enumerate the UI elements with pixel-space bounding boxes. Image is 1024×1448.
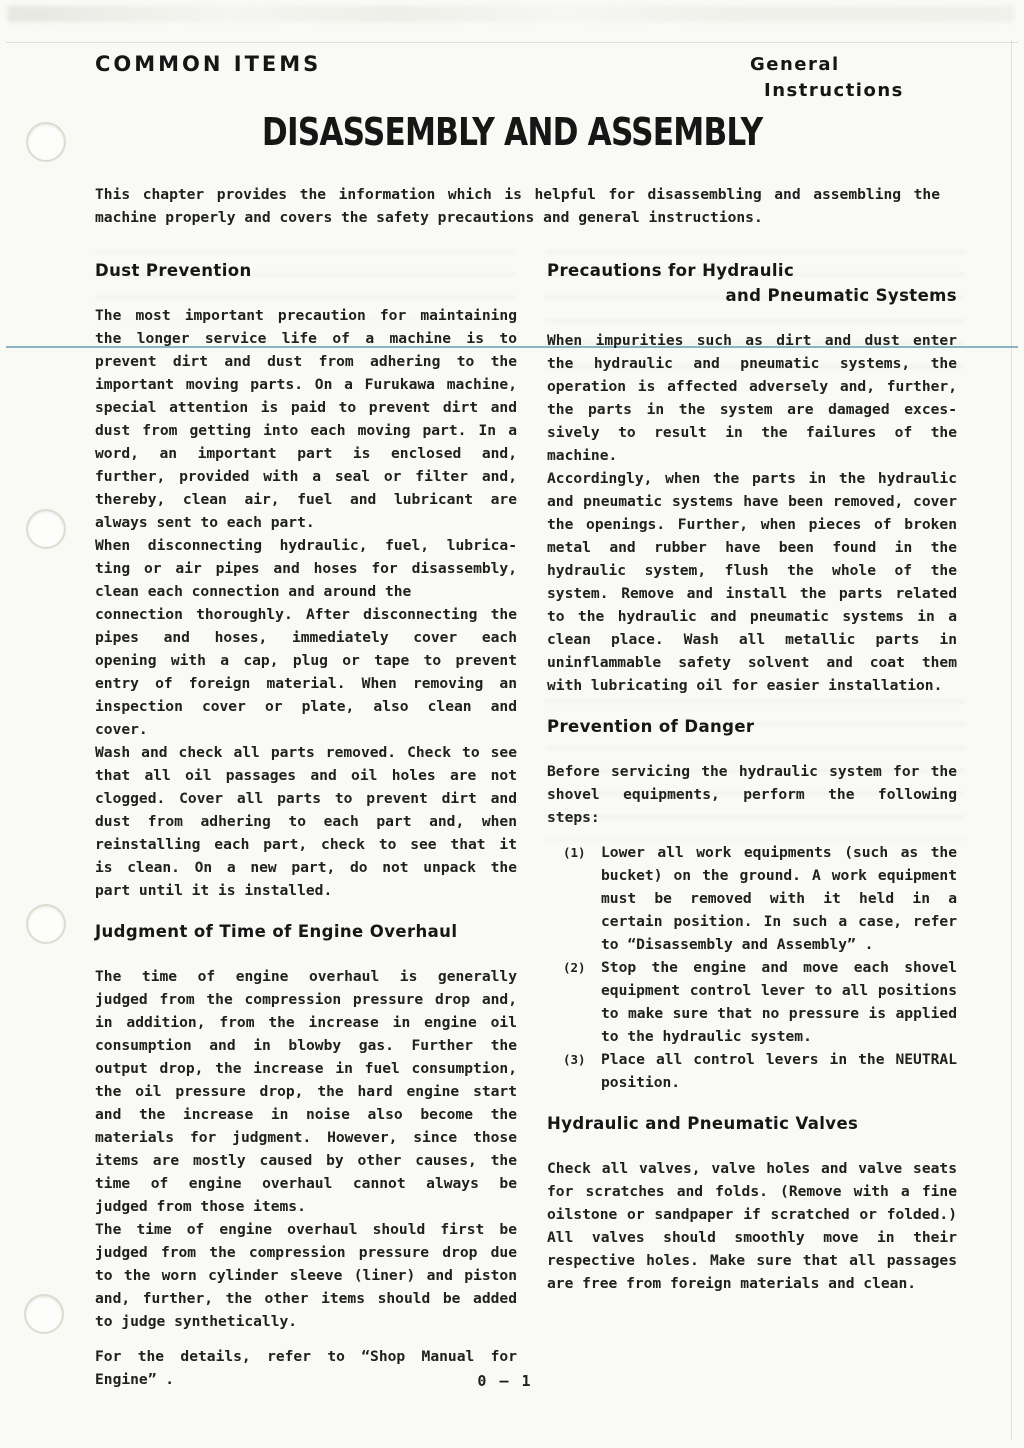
body-line: thereby, clean air, fuel and lubricant a… (95, 488, 517, 511)
body-line: oilstone or sandpaper if scratched or fo… (547, 1203, 957, 1226)
punch-hole (26, 904, 66, 944)
body-line: Wash and check all parts removed. Check … (95, 741, 517, 764)
list-item-text: Lower all work equipments (such as thebu… (601, 841, 957, 956)
body-line: For the details, refer to “Shop Manual f… (95, 1345, 517, 1368)
intro-line: machine properly and covers the safety p… (95, 206, 940, 229)
section-heading: Hydraulic and Pneumatic Valves (547, 1111, 957, 1136)
body-line: When impurities such as dirt and dust en… (547, 329, 957, 352)
section-label-line1: General (750, 52, 904, 78)
body-line: inspection cover or plate, also clean an… (95, 695, 517, 718)
body-line: clean each connection and around the (95, 580, 517, 603)
body-line: pipes and hoses, immediately cover each (95, 626, 517, 649)
section-heading: Dust Prevention (95, 258, 517, 283)
body-line: sively to result in the failures of the (547, 421, 957, 444)
body-line: the hydraulic and pneumatic systems, the (547, 352, 957, 375)
list-item: (1)Lower all work equipments (such as th… (547, 841, 957, 956)
body-line: the oil pressure drop, the hard engine s… (95, 1080, 517, 1103)
section-heading-line: Dust Prevention (95, 258, 517, 283)
body-line: to the worn cylinder sleeve (liner) and … (95, 1264, 517, 1287)
body-line: special attention is paid to prevent dir… (95, 396, 517, 419)
body-line: cover. (95, 718, 517, 741)
body-line: The most important precaution for mainta… (95, 304, 517, 327)
scan-top-line (6, 42, 1018, 43)
body-line: prevent dirt and dust from adhering to t… (95, 350, 517, 373)
body-paragraph: When impurities such as dirt and dust en… (547, 329, 957, 697)
body-line: the longer service life of a machine is … (95, 327, 517, 350)
body-line: in addition, from the increase in engine… (95, 1011, 517, 1034)
section-heading-line: and Pneumatic Systems (547, 283, 957, 308)
list-line: certain position. In such a case, refer (601, 910, 957, 933)
list-marker: (2) (563, 956, 601, 1048)
list-line: Place all control levers in the NEUTRAL (601, 1048, 957, 1071)
body-paragraph: Before servicing the hydraulic system fo… (547, 760, 957, 829)
body-line: opening with a cap, plug or tape to prev… (95, 649, 517, 672)
list-line: equipment control lever to all positions (601, 979, 957, 1002)
body-line: the parts in the system are damaged exce… (547, 398, 957, 421)
scan-edge-line (1011, 40, 1012, 1440)
list-item-text: Place all control levers in the NEUTRALp… (601, 1048, 957, 1094)
section-heading: Judgment of Time of Engine Overhaul (95, 919, 517, 944)
body-line: operation is affected adversely and, fur… (547, 375, 957, 398)
section-heading: Prevention of Danger (547, 714, 957, 739)
body-line: further, provided with a seal or filter … (95, 465, 517, 488)
manual-page: COMMON ITEMS General Instructions DISASS… (0, 0, 1024, 1448)
body-line: is clean. On a new part, do not unpack t… (95, 856, 517, 879)
body-paragraph: The time of engine overhaul is generally… (95, 965, 517, 1333)
body-line: and pneumatic systems have been removed,… (547, 490, 957, 513)
body-line: When disconnecting hydraulic, fuel, lubr… (95, 534, 517, 557)
body-line: output drop, the increase in fuel consum… (95, 1057, 517, 1080)
list-marker: (1) (563, 841, 601, 956)
body-line: entry of foreign material. When removing… (95, 672, 517, 695)
list-line: to “Disassembly and Assembly” . (601, 933, 957, 956)
list-item: (2)Stop the engine and move each shovele… (547, 956, 957, 1048)
body-line: word, an important part is enclosed and, (95, 442, 517, 465)
page-title-row: DISASSEMBLY AND ASSEMBLY (0, 110, 1024, 154)
body-line: Accordingly, when the parts in the hydra… (547, 467, 957, 490)
scan-noise-band (8, 6, 1014, 22)
body-paragraph: The most important precaution for mainta… (95, 304, 517, 902)
section-heading-line: Judgment of Time of Engine Overhaul (95, 919, 517, 944)
left-column: Dust PreventionThe most important precau… (95, 258, 517, 1391)
list-line: Stop the engine and move each shovel (601, 956, 957, 979)
body-line: judged from the compression pressure dro… (95, 1241, 517, 1264)
body-line: to the hydraulic and pneumatic systems i… (547, 605, 957, 628)
body-line: and, further, the other items should be … (95, 1287, 517, 1310)
page-title: DISASSEMBLY AND ASSEMBLY (262, 110, 762, 154)
right-column: Precautions for Hydraulicand Pneumatic S… (547, 258, 957, 1295)
punch-hole (26, 509, 66, 549)
body-line: connection thoroughly. After disconnecti… (95, 603, 517, 626)
section-label: General Instructions (750, 52, 904, 104)
body-line: uninflammable safety solvent and coat th… (547, 651, 957, 674)
body-line: dust from getting into each moving part.… (95, 419, 517, 442)
body-line: important moving parts. On a Furukawa ma… (95, 373, 517, 396)
section-heading: Precautions for Hydraulicand Pneumatic S… (547, 258, 957, 308)
list-line: Lower all work equipments (such as the (601, 841, 957, 864)
body-line: hydraulic system, flush the whole of the (547, 559, 957, 582)
intro-line: This chapter provides the information wh… (95, 183, 940, 206)
body-line: judged from the compression pressure dro… (95, 988, 517, 1011)
body-line: clean place. Wash all metallic parts in (547, 628, 957, 651)
body-line: metal and rubber have been found in the (547, 536, 957, 559)
body-line: that all oil passages and oil holes are … (95, 764, 517, 787)
page-number: 0 — 1 (0, 1372, 1010, 1390)
body-line: items are mostly caused by other causes,… (95, 1149, 517, 1172)
body-line: are free from foreign materials and clea… (547, 1272, 957, 1295)
list-line: must be removed with it held in a (601, 887, 957, 910)
list-line: position. (601, 1071, 957, 1094)
body-line: for scratches and folds. (Remove with a … (547, 1180, 957, 1203)
list-line: to the hydraulic system. (601, 1025, 957, 1048)
body-line: judged from those items. (95, 1195, 517, 1218)
body-line: system. Remove and install the parts rel… (547, 582, 957, 605)
body-line: Check all valves, valve holes and valve … (547, 1157, 957, 1180)
body-line: The time of engine overhaul is generally (95, 965, 517, 988)
punch-hole (24, 1294, 64, 1334)
body-line: clogged. Cover all parts to prevent dirt… (95, 787, 517, 810)
chapter-label: COMMON ITEMS (95, 52, 321, 76)
body-line: the openings. Further, when pieces of br… (547, 513, 957, 536)
list-marker: (3) (563, 1048, 601, 1094)
body-line: part until it is installed. (95, 879, 517, 902)
body-line: materials for judgment. However, since t… (95, 1126, 517, 1149)
body-line: dust from adhering to each part and, whe… (95, 810, 517, 833)
body-line: All valves should smoothly move in their (547, 1226, 957, 1249)
body-line: respective holes. Make sure that all pas… (547, 1249, 957, 1272)
list-item: (3)Place all control levers in the NEUTR… (547, 1048, 957, 1094)
section-heading-line: Prevention of Danger (547, 714, 957, 739)
list-line: to make sure that no pressure is applied (601, 1002, 957, 1025)
section-heading-line: Hydraulic and Pneumatic Valves (547, 1111, 957, 1136)
body-line: to judge synthetically. (95, 1310, 517, 1333)
body-line: machine. (547, 444, 957, 467)
body-line: always sent to each part. (95, 511, 517, 534)
body-paragraph: Check all valves, valve holes and valve … (547, 1157, 957, 1295)
body-line: and the increase in noise also become th… (95, 1103, 517, 1126)
body-line: reinstalling each part, check to see tha… (95, 833, 517, 856)
numbered-list: (1)Lower all work equipments (such as th… (547, 841, 957, 1094)
body-line: steps: (547, 806, 957, 829)
intro-paragraph: This chapter provides the information wh… (95, 183, 940, 229)
body-line: The time of engine overhaul should first… (95, 1218, 517, 1241)
list-line: bucket) on the ground. A work equipment (601, 864, 957, 887)
section-heading-line: Precautions for Hydraulic (547, 258, 957, 283)
list-item-text: Stop the engine and move each shovelequi… (601, 956, 957, 1048)
section-label-line2: Instructions (750, 78, 904, 104)
body-line: Before servicing the hydraulic system fo… (547, 760, 957, 783)
body-line: ting or air pipes and hoses for disassem… (95, 557, 517, 580)
body-line: time of engine overhaul cannot always be (95, 1172, 517, 1195)
body-line: consumption and in blowby gas. Further t… (95, 1034, 517, 1057)
body-line: shovel equipments, perform the following (547, 783, 957, 806)
body-line: with lubricating oil for easier installa… (547, 674, 957, 697)
